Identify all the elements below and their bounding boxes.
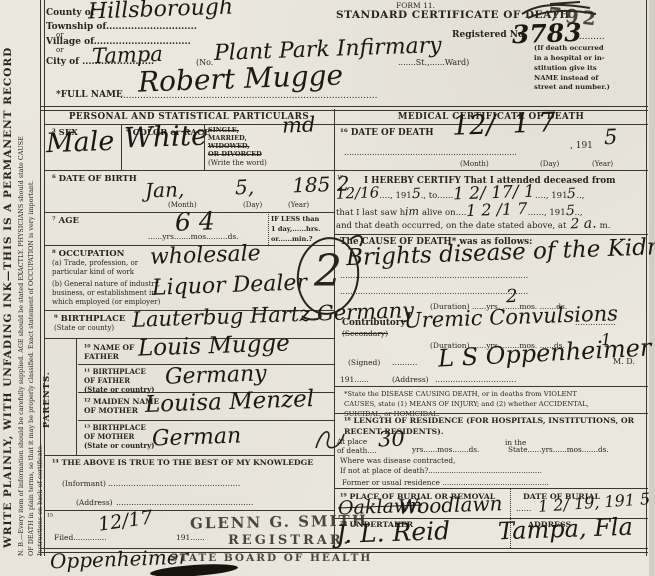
filed-date-value: 12/17 — [97, 508, 154, 533]
undertaker-address-value: Tampa, Fla — [498, 516, 633, 543]
father-birthplace-value: Germany — [165, 364, 267, 388]
st-ward-label: .......St.,......Ward) — [398, 58, 469, 68]
informant-address-label: (Address) — [76, 498, 113, 507]
date-of-burial-dots: ...... — [516, 504, 531, 514]
mother-birthplace-value: German — [152, 426, 242, 450]
year-label: (Year) — [288, 201, 309, 210]
certify-print: .., — [576, 191, 584, 202]
marital-option-married: MARRIED, — [208, 134, 247, 142]
occupation-b-value: Liquor Dealer — [152, 273, 308, 299]
signed-dots: .......... — [392, 358, 417, 368]
rule — [334, 234, 648, 235]
margin-write-plainly-note: WRITE PLAINLY, WITH UNFADING INK—THIS IS… — [2, 3, 15, 548]
date-of-death-value: 12/ 1 7 — [452, 110, 556, 139]
marital-option-single: SINGLE, — [208, 126, 239, 134]
hospital-instruction-note: (If death occurred in a hospital or in- … — [534, 44, 646, 93]
county-value: Hillsborough — [88, 0, 234, 23]
occupation-a-value: wholesale — [150, 244, 261, 269]
certify-line3: that I last saw him alive on....1 2 /1 7… — [336, 202, 583, 219]
filed-number: ¹⁵ — [47, 512, 53, 521]
informant-dots: ........................................… — [108, 479, 240, 489]
day-label-death: (Day) — [540, 160, 559, 169]
father-name-label: ¹⁰ NAME OF FATHER — [84, 343, 134, 362]
color-race-value: White — [124, 123, 208, 152]
full-name-label: *FULL NAME — [56, 90, 123, 101]
rule — [44, 170, 334, 171]
date-of-birth-label: ⁶ DATE OF BIRTH — [52, 174, 137, 185]
attended-from-value: 12/16 — [336, 185, 380, 201]
cell-divider — [204, 124, 205, 170]
attestation-statement: ¹⁴ THE ABOVE IS TRUE TO THE BEST OF MY K… — [52, 458, 313, 468]
md-label: M. D. — [613, 357, 635, 367]
year-hw: 5 — [411, 188, 420, 202]
rule — [78, 420, 334, 421]
or-label-2: or — [56, 46, 64, 55]
registered-no-dots: .......... — [576, 32, 605, 43]
parents-cell-divider — [76, 338, 77, 455]
circled-annotation: 2 — [288, 230, 372, 322]
date-of-birth-value: Jan, 5, 185 2 — [145, 174, 350, 200]
last-saw-value: 1 2 /1 7 — [466, 201, 528, 218]
signature-address-dots: ................................ — [435, 375, 516, 385]
margin-nb-note: N. B.—Every item of information should b… — [17, 1, 46, 556]
father-name-value: Louis Mugge — [138, 333, 290, 360]
form-right-border — [646, 0, 647, 556]
full-name-value: Robert Mugge — [138, 62, 344, 96]
residence-units: yrs......mos.......ds. — [412, 445, 479, 454]
certify-print: ...., 191 — [379, 191, 411, 202]
duration1-value: 2 — [506, 288, 518, 305]
pen-flourish — [314, 426, 346, 458]
age-label: ⁷ AGE — [52, 216, 79, 227]
date-of-death-year-print: , 191 — [570, 141, 593, 152]
former-residence-label: Former or usual residence ..............… — [342, 478, 549, 487]
certify-print: ...., 191 — [535, 191, 567, 202]
date-of-death-label: ¹⁶ DATE OF DEATH — [340, 128, 434, 139]
mother-maiden-name-value: Louisa Menzel — [145, 389, 315, 417]
day-label: (Day) — [243, 201, 262, 210]
death-time-value: 2 a. — [566, 217, 597, 231]
burial-place-value: Woodlawn — [398, 494, 503, 517]
state-units: State......yrs......mos.......ds. — [508, 445, 609, 454]
rule — [334, 386, 648, 387]
city-value: Tampa — [92, 45, 163, 67]
certify-line4: and that death occurred, on the date sta… — [336, 218, 610, 232]
state-board-stamp: STATE BOARD OF HEALTH — [170, 552, 372, 565]
him-hw: im — [405, 207, 419, 218]
marital-option-divorced: OR DIVORCED — [208, 150, 262, 158]
birthplace-sub-label: (State or county) — [54, 324, 114, 333]
father-birthplace-label: ¹¹ BIRTHPLACE OF FATHER (State or countr… — [84, 367, 154, 394]
age-units: ......yrs.......mos.........ds. — [148, 232, 239, 241]
death-certificate-scan: WRITE PLAINLY, WITH UNFADING INK—THIS IS… — [0, 0, 655, 576]
year-label-death: (Year) — [592, 160, 613, 169]
contributory-dots: ................ — [575, 318, 616, 328]
certify-print: m. — [597, 221, 610, 232]
signature-year-line: 191...... — [340, 375, 369, 384]
rule — [334, 170, 648, 171]
mother-birthplace-label: ¹³ BIRTHPLACE OF MOTHER (State or countr… — [84, 423, 154, 450]
signed-label: (Signed) — [348, 358, 380, 367]
date-of-death-year-hw: 5 — [604, 128, 618, 148]
marital-value: md — [282, 115, 316, 136]
age-value: 6 4 — [175, 209, 216, 234]
disease-contracted-label: Where was disease contracted, If not at … — [340, 456, 542, 476]
rule — [334, 413, 648, 414]
secondary-label: (Secondary) — [342, 329, 388, 338]
registrar-title-stamp: REGISTRAR. — [228, 533, 351, 549]
certify-line2: 12/16...., 1915., to......1 2/ 17/ 1....… — [336, 185, 585, 202]
residence-years-value: 30 — [378, 430, 405, 451]
header-divider — [40, 106, 648, 111]
marital-option-widowed: WIDOWED, — [208, 142, 250, 150]
year-hw: 5 — [567, 188, 576, 202]
informant-address-dots: ........................................… — [116, 498, 253, 508]
signature-address-label: (Address) — [392, 375, 429, 384]
certify-number: ¹⁷ — [337, 174, 343, 183]
township-label: Township of............................. — [46, 22, 197, 33]
undertaker-value: J. L. Reid — [336, 519, 451, 547]
form-left-border — [40, 0, 41, 556]
rule — [334, 488, 648, 489]
filed-year-label: 191...... — [176, 533, 205, 542]
marital-write-note: (Write the word) — [208, 159, 267, 168]
scan-edge-shadow — [649, 0, 655, 576]
parents-label: PARENTS. — [42, 371, 53, 428]
occupation-b-label: (b) General nature of industry, business… — [52, 280, 160, 306]
circled-number-text: 2 — [313, 246, 342, 297]
age-cell-divider — [268, 212, 269, 245]
rule — [44, 510, 334, 511]
occupation-a-label: (a) Trade, profession, or particular kin… — [52, 259, 138, 277]
certify-print: ., to...... — [421, 191, 454, 202]
form-left-border-inner — [44, 0, 45, 556]
informant-label: (Informant) — [62, 479, 106, 488]
month-label-death: (Month) — [460, 160, 489, 169]
rule — [44, 455, 334, 456]
cell-divider — [121, 124, 122, 170]
date-of-death-dots: ........................................… — [344, 148, 517, 158]
sex-value: Male — [46, 129, 115, 157]
